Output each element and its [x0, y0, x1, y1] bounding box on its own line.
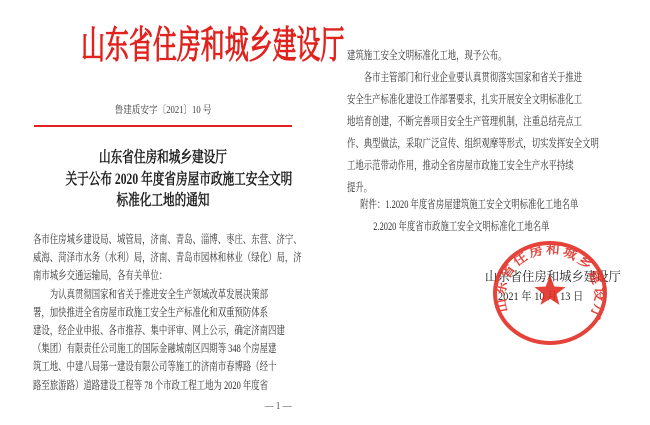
agency-masthead-text: 山东省住房和城乡建设厅 — [81, 24, 245, 68]
body-line: 筑工地、中建八局第一建设有限公司等施工的济南市春博路（经十 — [33, 358, 223, 376]
body-line: 各市住房城乡建设局、城管局，济南、青岛、淄博、枣庄、东营、济宁、 — [33, 231, 223, 249]
agency-masthead: 山东省住房和城乡建设厅 — [33, 24, 293, 68]
body-line: 建设，经企业申报、各市推荐、集中评审、网上公示，确定济南四建 — [33, 322, 223, 340]
red-divider-rule — [34, 125, 292, 127]
body-line: （集团）有限责任公司施工的国际金融城南区四期等 348 个房屋建 — [33, 340, 223, 358]
official-red-seal: 山东省住房和城乡建设厅 — [485, 237, 615, 349]
body-line: 署，加快推进全省房屋市政施工安全生产标准化和双重预防体系 — [33, 304, 223, 322]
notice-title-line: 关于公布 2020 年度省房屋市政施工安全文明 — [66, 169, 261, 191]
page-number: — 1 — — [33, 396, 291, 414]
body-line: 各市主管部门和行业企业要认真贯彻落实国家和省关于推进 — [347, 67, 551, 89]
body-line: 安全生产标准化建设工作部署要求，扎实开展安全文明标准化工 — [347, 89, 551, 111]
body-line: 威海、菏泽市水务（水利）局，济南、青岛市园林和林业（绿化）局，济 — [33, 249, 223, 267]
body-line: 地培育创建，不断完善项目安全生产管理机制，注重总结亮点工 — [347, 111, 551, 133]
body-line: 南市城乡交通运输局，各有关单位： — [33, 267, 223, 285]
attachment-item: 2.2020 年度省市政施工安全文明标准化工地名单 — [347, 216, 551, 238]
document-number: 鲁建质安字〔2021〕10 号 — [33, 102, 293, 117]
body-line: 作、典型做法，采取广泛宣传、组织观摩等形式，切实发挥安全文明 — [347, 133, 551, 155]
notice-title-line: 山东省住房和城乡建设厅 — [66, 147, 261, 169]
notice-title-line: 标准化工地的通知 — [66, 190, 261, 212]
body-line: 为认真贯彻国家和省关于推进安全生产领域改革发展决策部 — [33, 286, 223, 304]
body-line: 建筑施工安全文明标准化工地，现予公布。 — [347, 45, 551, 67]
notice-body-page-2: 建筑施工安全文明标准化工地，现予公布。 各市主管部门和行业企业要认真贯彻落实国家… — [347, 45, 627, 199]
attachment-item: 附件：1.2020 年度省房屋建筑施工安全文明标准化工地名单 — [347, 194, 551, 216]
body-line: 工地示范带动作用，推动全省房屋市政施工安全生产水平持续 — [347, 155, 551, 177]
scanned-notice-document: 山东省住房和城乡建设厅 鲁建质安字〔2021〕10 号 山东省住房和城乡建设厅 … — [0, 0, 650, 425]
seal-star-icon — [535, 275, 566, 305]
body-line: 路至旅游路）道路建设工程等 78 个市政工程工地为 2020 年度省 — [33, 377, 223, 395]
notice-body-page-1: 各市住房城乡建设局、城管局，济南、青岛、淄博、枣庄、东营、济宁、 威海、菏泽市水… — [33, 231, 293, 395]
attachment-list: 附件：1.2020 年度省房屋建筑施工安全文明标准化工地名单 2.2020 年度… — [347, 194, 627, 238]
notice-title: 山东省住房和城乡建设厅 关于公布 2020 年度省房屋市政施工安全文明 标准化工… — [33, 147, 293, 212]
